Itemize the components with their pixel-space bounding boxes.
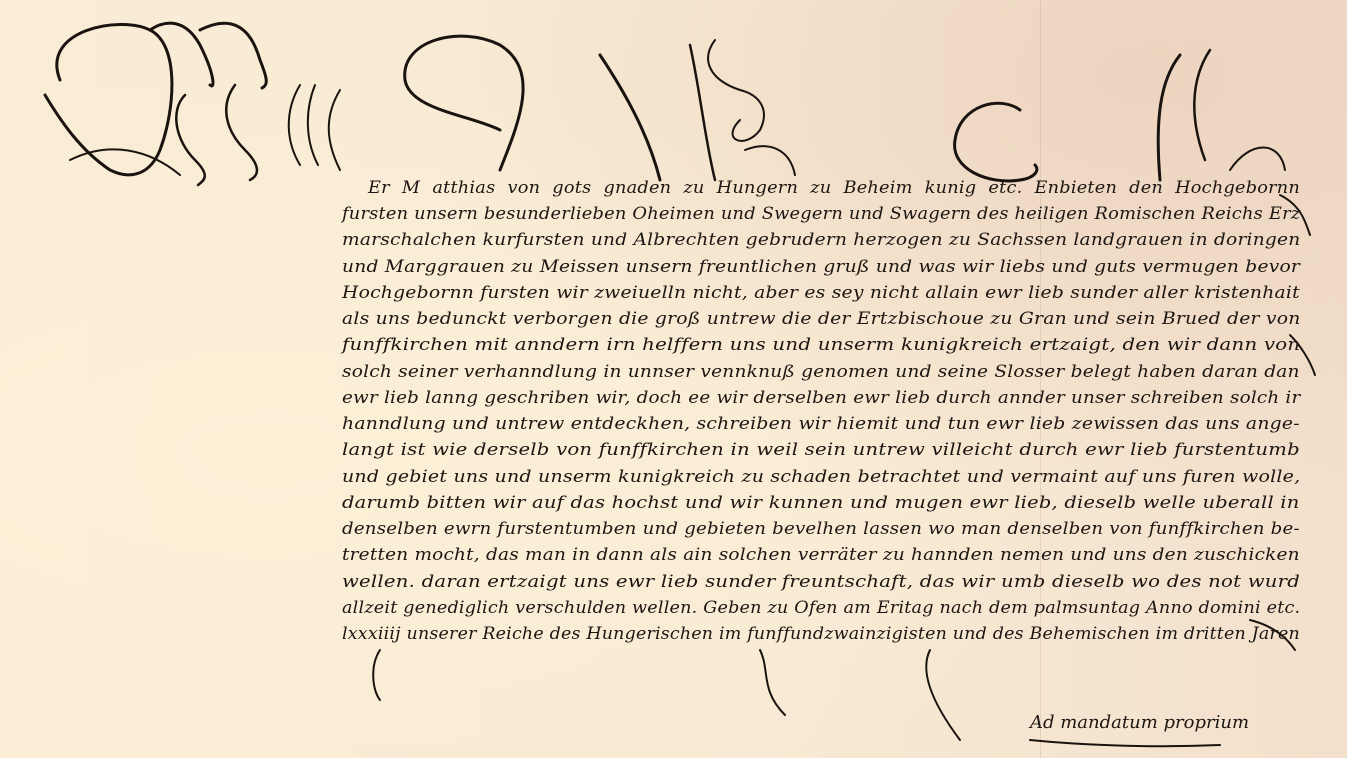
- text-line: marschalchen kurfursten und Albrechten g…: [342, 230, 1300, 250]
- text-line: allzeit genediglich verschulden wellen. …: [342, 598, 1300, 618]
- text-line: funffkirchen mit anndern irn helffern un…: [342, 335, 1300, 355]
- text-line: Er M atthias von gots gnaden zu Hungern …: [368, 178, 1300, 198]
- text-line: ewr lieb lanng geschriben wir, doch ee w…: [342, 388, 1300, 408]
- text-line: langt ist wie derselb von funffkirchen i…: [342, 440, 1300, 460]
- text-line: fursten unsern besunderlieben Oheimen un…: [342, 204, 1300, 224]
- flourish-left-loop: [45, 24, 172, 174]
- text-line: Hochgebornn fursten wir zweiuelln nicht,…: [342, 283, 1300, 303]
- text-line: lxxxiiij unserer Reiche des Hungerischen…: [342, 624, 1300, 644]
- initial-e: [955, 103, 1037, 181]
- text-line: denselben ewrn furstentumben und gebiete…: [342, 519, 1300, 539]
- text-line: darumb bitten wir auf das hochst und wir…: [342, 493, 1300, 513]
- manuscript-page: Er M atthias von gots gnaden zu Hungern …: [0, 0, 1347, 758]
- text-line: solch seiner verhanndlung in unnser venn…: [342, 362, 1300, 382]
- signature: Ad mandatum proprium: [1030, 712, 1249, 733]
- initial-h: [1158, 55, 1180, 180]
- text-line: als uns bedunckt verborgen die groß untr…: [342, 309, 1301, 329]
- text-line: tretten mocht, das man in dann als ain s…: [342, 545, 1300, 565]
- flourish-teardrop: [405, 36, 523, 170]
- text-line: hanndlung und untrew entdeckhen, schreib…: [342, 414, 1300, 434]
- initial-w: [600, 55, 660, 180]
- text-line: wellen. daran ertzaigt uns ewr lieb sund…: [342, 572, 1300, 592]
- text-line: und Marggrauen zu Meissen unsern freuntl…: [342, 257, 1300, 277]
- text-line: und gebiet uns und unserm kunigkreich zu…: [342, 467, 1300, 487]
